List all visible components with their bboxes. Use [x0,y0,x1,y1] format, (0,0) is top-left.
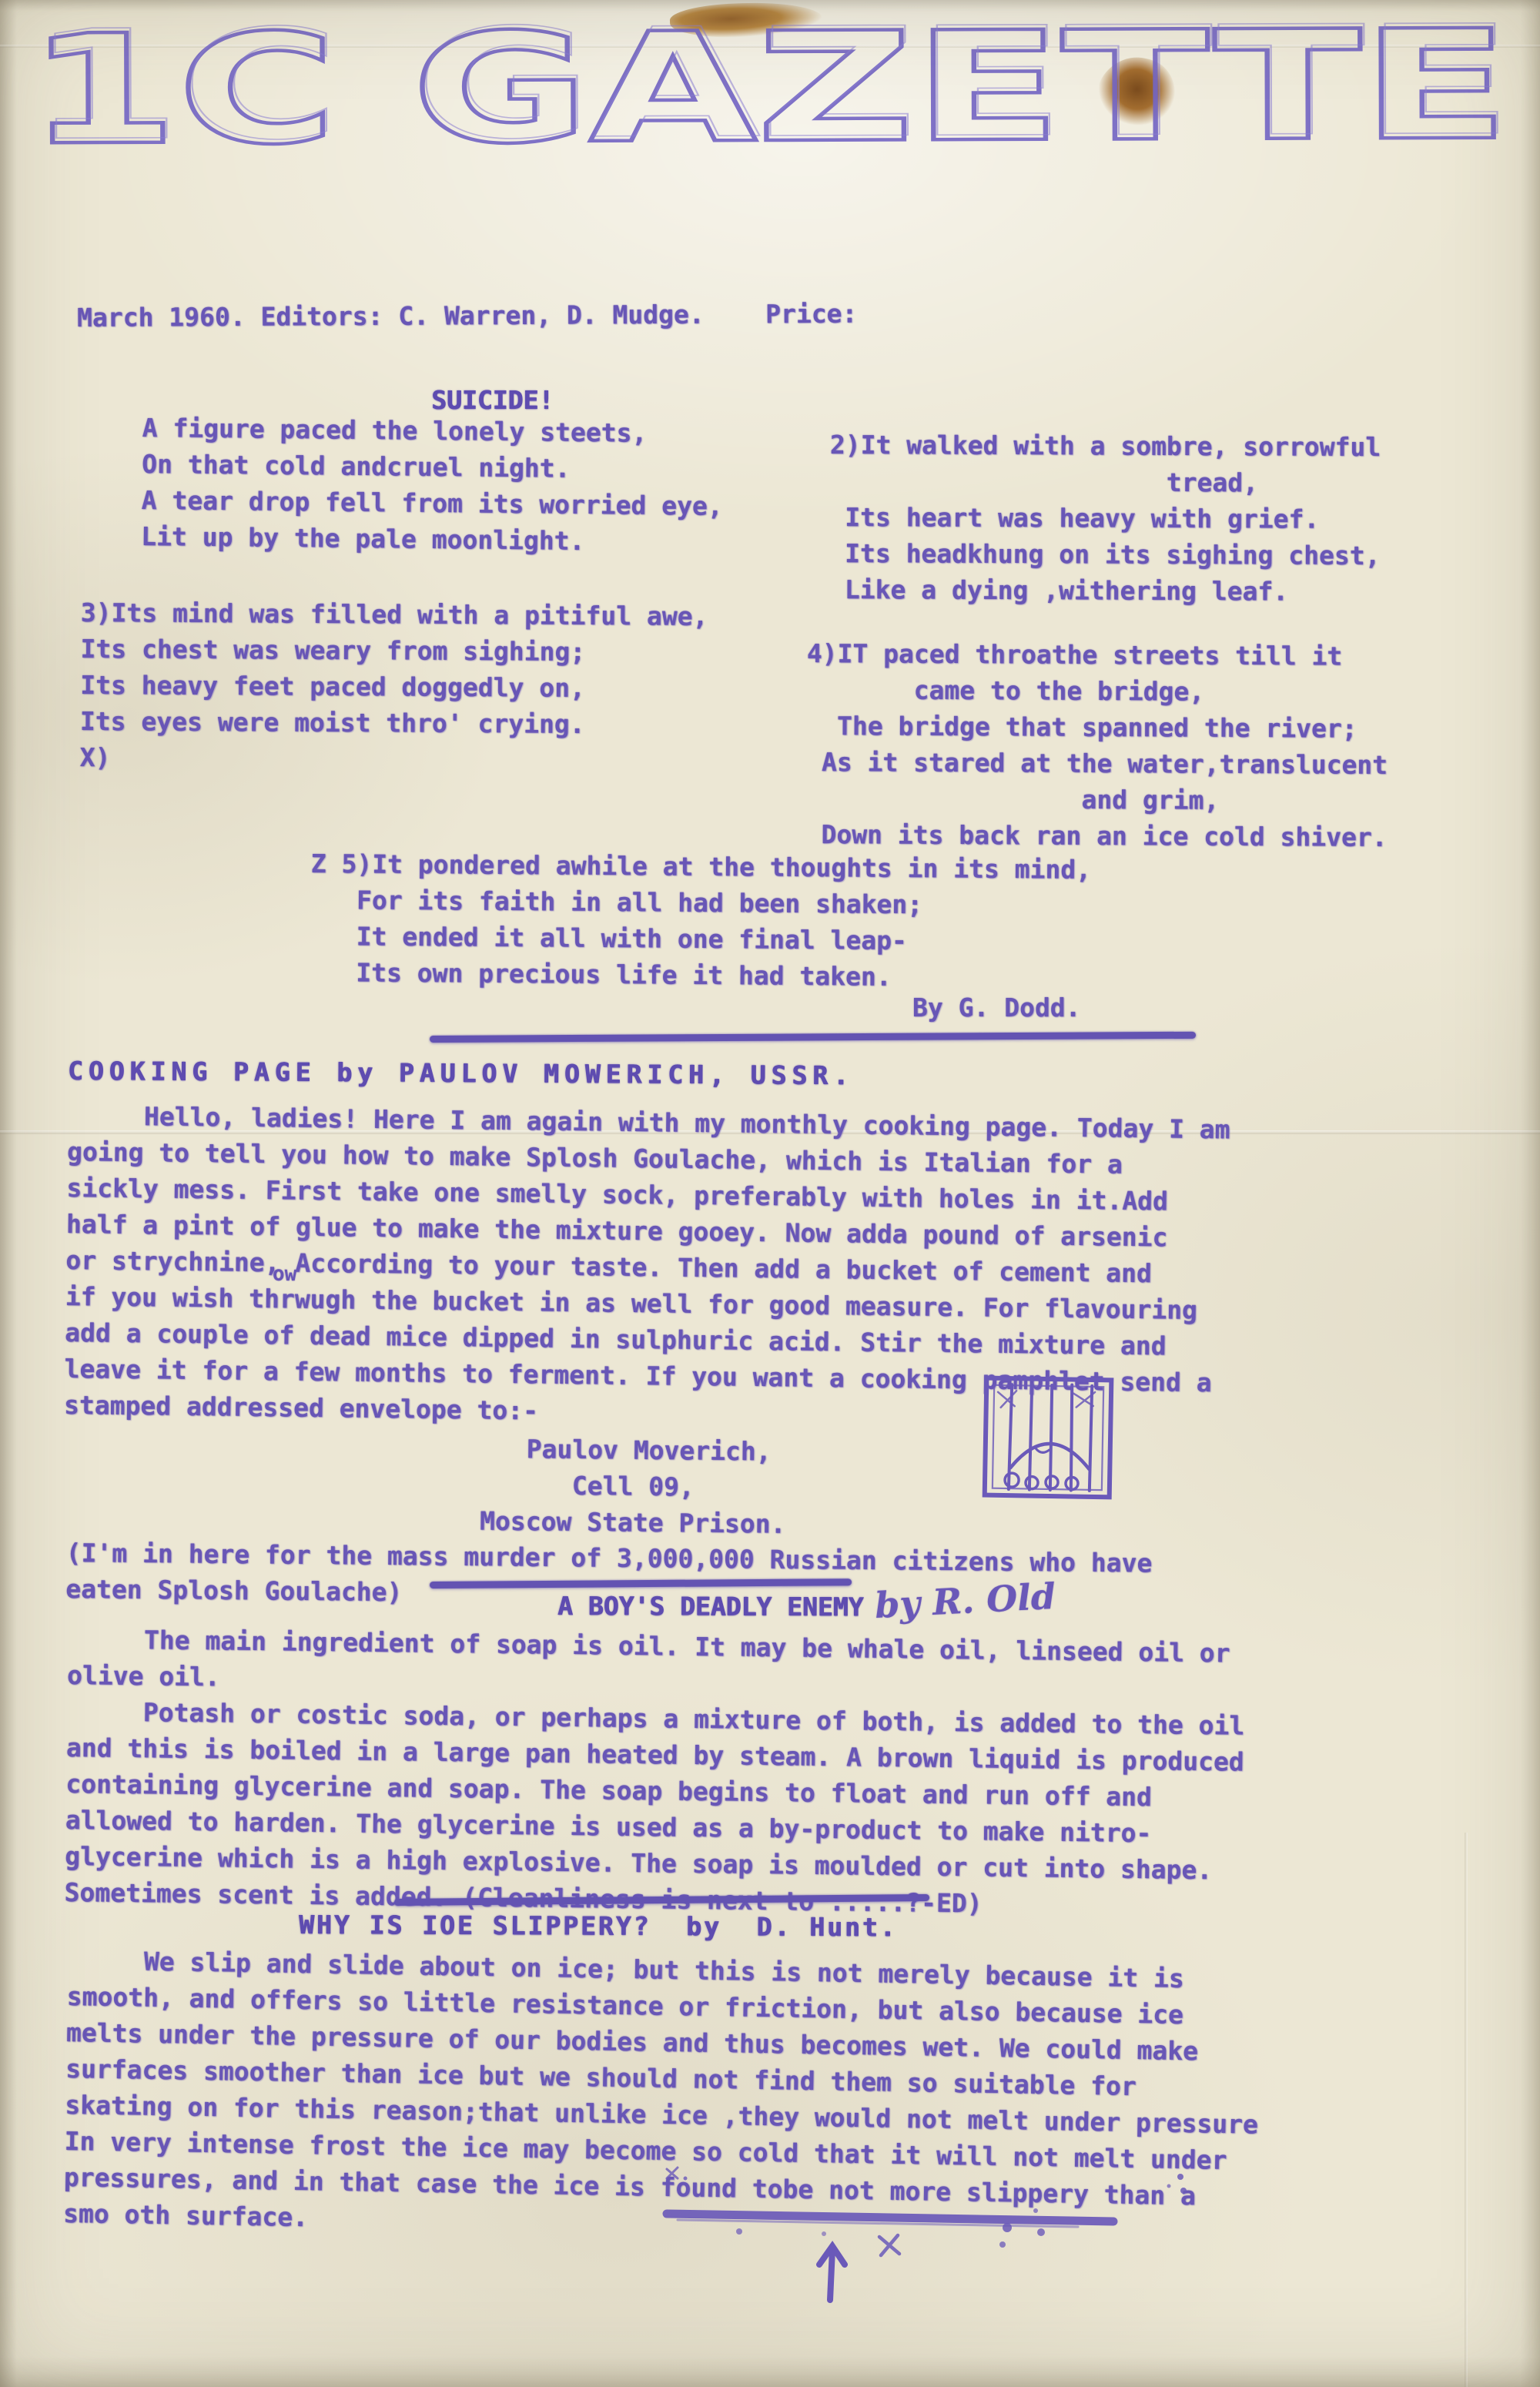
poem-stanza-2: 2)It walked with a sombre, sorrowful tre… [829,427,1381,610]
colon-mark [1167,2174,1187,2194]
cooking-heading: COOKING PAGE by PAULOV MOWERICH, USSR. [68,1053,854,1093]
newsletter-page: 1C GAZETTE 1C GAZETTE March 1960. Editor… [0,0,1540,2387]
fold-crease-right [1465,1833,1468,2387]
ink-dots [999,2208,1045,2248]
svg-text:1C GAZETTE: 1C GAZETTE [31,7,1514,174]
cooking-address: Paulov Moverich, Cell 09, Moscow State P… [67,1426,787,1542]
section-divider [430,1032,1196,1043]
bottom-ink-marks [647,2152,1247,2318]
soap-byline-handwritten: by R. Old [874,1578,1056,1623]
masthead-title-art: 1C GAZETTE 1C GAZETTE [0,7,1540,174]
soap-heading: A BOY'S DEADLY ENEMY [557,1588,864,1625]
soap-body: The main ingredient of soap is oil. It m… [64,1621,1245,1925]
dateline: March 1960. Editors: C. Warren, D. Mudge… [77,296,857,336]
bottom-rule [667,2214,1113,2236]
up-arrow-mark [819,2246,845,2300]
prison-cell-doodle [981,1373,1120,1505]
poem-stanza-4: 4)IT paced throathe streets till it came… [806,635,1388,855]
poem-stanza-1: A figure paced the lonely steets,On that… [141,410,724,561]
ice-heading: WHY IS IOE SLIPPERY? by D. Hunt. [299,1907,898,1945]
poem-stanza-5: Z 5)It pondered awhile at the thoughts i… [310,845,1092,996]
star-mark [667,2168,688,2181]
x-scribble [879,2235,899,2255]
typo-correction-ow: ow [273,1264,297,1284]
poem-byline: By G. Dodd. [912,989,1081,1026]
poem-stanza-3: 3)Its mind was filled with a pitiful awe… [80,594,708,779]
